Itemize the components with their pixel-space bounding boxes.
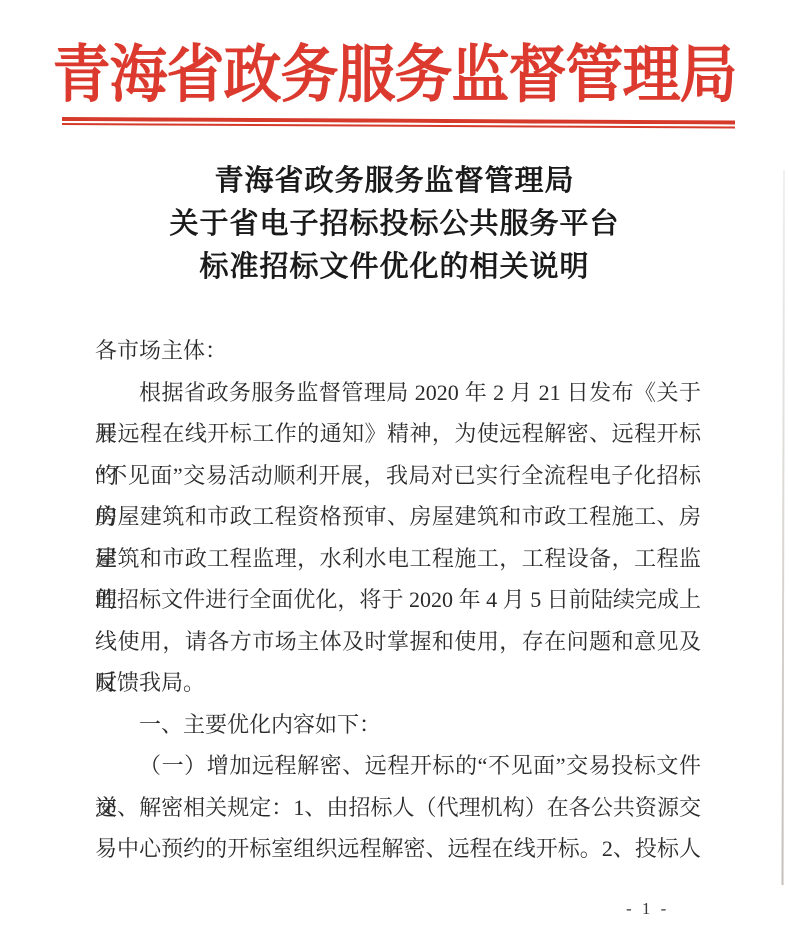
paper-edge-scan-artifact [782,170,785,885]
title-line-2: 关于省电子招标投标公共服务平台 [0,203,789,246]
body-line: 根据省政务服务监督管理局 2020 年 2 月 21 日发布《关于开 [95,372,701,414]
letterhead-divider-rule [62,117,735,129]
body-line: （一）增加远程解密、远程开标的“不见面”交易投标文件递 [95,745,701,787]
title-line-1: 青海省政务服务监督管理局 [0,160,789,203]
body-line: 反馈我局。 [95,662,701,704]
page-number: - 1 - [626,899,669,919]
body-line: 建筑和市政工程监理，水利水电工程施工，工程设备，工程监理 [95,538,701,580]
document-body: 各市场主体： 根据省政务服务监督管理局 2020 年 2 月 21 日发布《关于… [95,330,701,870]
body-line: “不见面”交易活动顺利开展，我局对已实行全流程电子化招标的 [95,455,701,497]
body-line: 的招标文件进行全面优化，将于 2020 年 4 月 5 日前陆续完成上 [95,579,701,621]
body-line: 线使用，请各方市场主体及时掌握和使用，存在问题和意见及时 [95,621,701,663]
agency-letterhead: 青海省政务服务监督管理局 [0,25,789,114]
body-line-salutation: 各市场主体： [95,330,701,372]
body-line: 易中心预约的开标室组织远程解密、远程在线开标。2、投标人 [95,828,701,870]
document-title: 青海省政务服务监督管理局 关于省电子招标投标公共服务平台 标准招标文件优化的相关… [0,160,789,289]
body-line: 交、解密相关规定：1、由招标人（代理机构）在各公共资源交 [95,787,701,829]
body-line: 展远程在线开标工作的通知》精神，为使远程解密、远程开标的 [95,413,701,455]
scanned-document-page: 青海省政务服务监督管理局 青海省政务服务监督管理局 关于省电子招标投标公共服务平… [0,0,789,928]
title-line-3: 标准招标文件优化的相关说明 [0,246,789,289]
body-line: 房屋建筑和市政工程资格预审、房屋建筑和市政工程施工、房屋 [95,496,701,538]
body-line-section-heading: 一、主要优化内容如下： [95,704,701,746]
